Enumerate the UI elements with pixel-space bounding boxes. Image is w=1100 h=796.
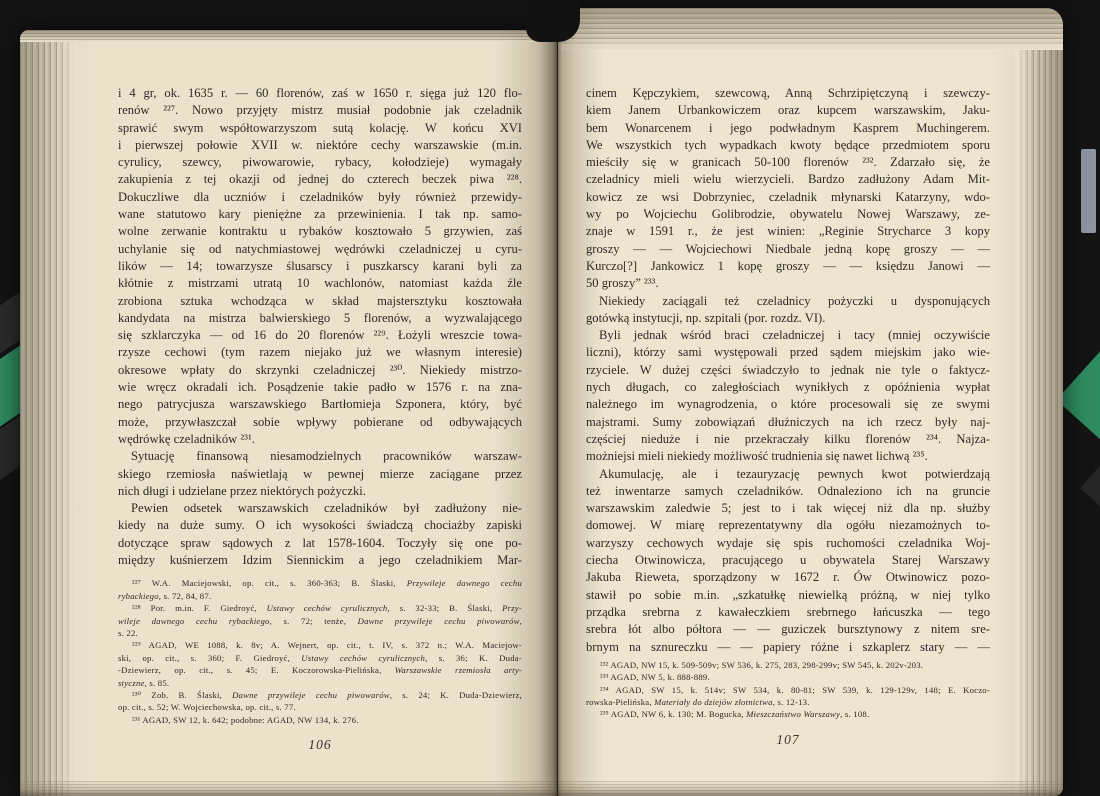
text-line: i 4 gr, ok. 1635 r. — 60 florenów, zaś w… xyxy=(118,85,522,102)
footnote: ²³¹ AGAD, SW 12, k. 642; podobne: AGAD, … xyxy=(118,714,522,726)
footnote: ²²⁷ W.A. Maciejowski, op. cit., s. 360-3… xyxy=(118,577,522,602)
text-line: może, przywłaszczał sobie wpływy pobiera… xyxy=(118,414,522,431)
page-edge-stack-bottom-left xyxy=(20,781,557,796)
text-line: groszy — — Wojciechowi Niedbale jedną ko… xyxy=(586,241,990,258)
text-line: ²²⁷ W.A. Maciejowski, op. cit., s. 360-3… xyxy=(118,577,522,589)
footnote: ²³⁵ AGAD, NW 6, k. 130; M. Bogucka, Mies… xyxy=(586,708,990,720)
text-line: brnym na sznureczku — — papiery różne i … xyxy=(586,639,990,656)
text-line: sprawić swym współtowarzyszom sutą kolac… xyxy=(118,120,522,137)
page-edge-stack-right xyxy=(1015,8,1063,796)
text-line: ²³⁰ Zob. B. Ślaski, Dawne przywileje cec… xyxy=(118,689,522,701)
body-paragraph: Sytuację finansową niesamodzielnych prac… xyxy=(118,448,522,500)
text-line: i pierwszej połowie XVII w. niektóre cec… xyxy=(118,137,522,154)
text-line: ²²⁸ Por. m.in. F. Giedroyć, Ustawy cechó… xyxy=(118,602,522,614)
page-edge-stack-top-right xyxy=(558,8,1063,50)
text-line: renów ²²⁷. Nowo przyjęty mistrz musiał p… xyxy=(118,102,522,119)
text-line: prządka srebrna z kawałeczkiem srebrnego… xyxy=(586,604,990,621)
text-line: mieściły się w granicach 50-100 florenów… xyxy=(586,154,990,171)
text-line: We wszystkich tych wypadkach kwoty będąc… xyxy=(586,137,990,154)
text-line: ciecha Otwinowicza, pracującego u obywat… xyxy=(586,552,990,569)
book-spine-crease xyxy=(553,26,562,796)
text-line: zrobiona sztuka wchodząca w skład majste… xyxy=(118,293,522,310)
page-number-right: 107 xyxy=(586,732,990,748)
text-line: -Dziewierz, op. cit., s. 45; E. Koczorow… xyxy=(118,664,522,676)
text-line: cinem Kępczykiem, szewcową, Anną Schrzip… xyxy=(586,85,990,102)
text-line: między kuśnierzem Idzim Siennickim a jeg… xyxy=(118,552,522,569)
left-page: i 4 gr, ok. 1635 r. — 60 florenów, zaś w… xyxy=(20,30,557,796)
text-line: kandydata na mistrza balwierskiego 5 flo… xyxy=(118,310,522,327)
text-line: wolne zerwanie kontraktu u rybaków koszt… xyxy=(118,223,522,240)
text-line: warzyszy cechowych wydaje się spis rucho… xyxy=(586,535,990,552)
text-line: Kurczo[?] Jankowicz 1 kopę groszy — — ks… xyxy=(586,258,990,275)
text-line: wy po Wojciechu Golibrodzie, obywatelu N… xyxy=(586,206,990,223)
text-line: majstrami. Sumy zobowiązań dłużniczych n… xyxy=(586,414,990,431)
text-line: rzyciele. W dużej części świadczyło to j… xyxy=(586,362,990,379)
page-number-left: 106 xyxy=(118,737,522,753)
text-line: Akumulację, ale i tezauryzację pewnych k… xyxy=(586,466,990,483)
footnote: ²³⁰ Zob. B. Ślaski, Dawne przywileje cec… xyxy=(118,689,522,714)
text-line: okresowe wpłaty do skrzynki czeladniczej… xyxy=(118,362,522,379)
body-paragraph: Byli jednak wśród braci czeladniczej i t… xyxy=(586,327,990,465)
text-line: też inwentarze samych czeladników. Odnal… xyxy=(586,483,990,500)
text-line: liczni), którzy sami występowali przed s… xyxy=(586,344,990,361)
text-line: wane statutowo kary pieniężne za przewin… xyxy=(118,206,522,223)
page-edge-stack-bottom-right xyxy=(558,781,1063,796)
text-line: Sytuację finansową niesamodzielnych prac… xyxy=(118,448,522,465)
text-line: cyrulicy, szewcy, piwowarowie, rybacy, k… xyxy=(118,154,522,171)
footnote: ²³² AGAD, NW 15, k. 509-509v; SW 536, k.… xyxy=(586,659,990,671)
text-line: ²³³ AGAD, NW 5, k. 888-889. xyxy=(586,671,990,683)
text-line: 50 groszy” ²³³. xyxy=(586,275,990,292)
text-line: znaje w 1591 r., że jest winien: „Regini… xyxy=(586,223,990,240)
text-line: wędrówkę czeladników ²³¹. xyxy=(118,431,522,448)
left-page-text: i 4 gr, ok. 1635 r. — 60 florenów, zaś w… xyxy=(118,85,522,753)
body-paragraph: cinem Kępczykiem, szewcową, Anną Schrzip… xyxy=(586,85,990,293)
text-line: nich długi i udzielane przez niektórych … xyxy=(118,483,522,500)
text-line: nego patrycjusza warszawskiego Bartłomie… xyxy=(118,396,522,413)
text-line: możniejsi mieli niekiedy możliwość trudn… xyxy=(586,448,990,465)
page-edge-stack-top-left xyxy=(20,30,557,42)
open-book: i 4 gr, ok. 1635 r. — 60 florenów, zaś w… xyxy=(0,0,1100,796)
footnote: ²²⁹ AGAD, WE 1088, k. 8v; A. Wejnert, op… xyxy=(118,639,522,689)
text-line: uchylanie się od natychmiastowej wędrówk… xyxy=(118,241,522,258)
text-line: s. 22. xyxy=(118,627,522,639)
text-line: Dokuczliwe dla uczniów i czeladników był… xyxy=(118,189,522,206)
footnotes-left: ²²⁷ W.A. Maciejowski, op. cit., s. 360-3… xyxy=(118,577,522,726)
text-line: Jakuba Rieweta, sporządzony w 1672 r. Ów… xyxy=(586,569,990,586)
text-line: skiego rzemiosła naświetlają w pewnej mi… xyxy=(118,466,522,483)
text-line: gotówką instytucji, np. szpitali (por. r… xyxy=(586,310,990,327)
body-paragraph: Niekiedy zaciągali też czeladnicy pożycz… xyxy=(586,293,990,328)
text-line: wileje dawnego cechu rybackiego, s. 72; … xyxy=(118,615,522,627)
text-line: ²³² AGAD, NW 15, k. 509-509v; SW 536, k.… xyxy=(586,659,990,671)
text-line: styczne, s. 85. xyxy=(118,677,522,689)
book-photo-scene: i 4 gr, ok. 1635 r. — 60 florenów, zaś w… xyxy=(0,0,1100,796)
spine-top-notch xyxy=(526,0,580,42)
text-line: ²²⁹ AGAD, WE 1088, k. 8v; A. Wejnert, op… xyxy=(118,639,522,651)
text-line: wie wręcz okradali ich. Posądzenie takie… xyxy=(118,379,522,396)
text-line: się szklarczyka — od 16 do 20 florenów ²… xyxy=(118,327,522,344)
page-edge-stack-left xyxy=(20,30,76,796)
body-paragraph: Akumulację, ale i tezauryzację pewnych k… xyxy=(586,466,990,656)
text-line: stawił po sobie m.in. „szkatułkę niewiel… xyxy=(586,587,990,604)
text-line: warszawskim zaledwie 5; jest to i tak wi… xyxy=(586,500,990,517)
right-page-text: cinem Kępczykiem, szewcową, Anną Schrzip… xyxy=(586,85,990,748)
text-line: Byli jednak wśród braci czeladniczej i t… xyxy=(586,327,990,344)
text-line: srebra łót albo półtora — — guziczek bur… xyxy=(586,621,990,638)
text-line: ski, op. cit., s. 360; F. Giedroyć, Usta… xyxy=(118,652,522,664)
text-line: lików — 14; towarzysze ślusarscy i puszk… xyxy=(118,258,522,275)
text-line: zakupienia z tej okazji od jednej do czt… xyxy=(118,171,522,188)
text-line: rowska-Pielińska, Materiały do dziejów z… xyxy=(586,696,990,708)
footnotes-right: ²³² AGAD, NW 15, k. 509-509v; SW 536, k.… xyxy=(586,659,990,721)
text-line: op. cit., s. 52; W. Wojciechowska, op. c… xyxy=(118,701,522,713)
text-line: bem Wonarcenem i jego podwładnym Kasprem… xyxy=(586,120,990,137)
text-line: rybackiego, s. 72, 84, 87. xyxy=(118,590,522,602)
body-paragraph: i 4 gr, ok. 1635 r. — 60 florenów, zaś w… xyxy=(118,85,522,448)
text-line: nych długach, co zaległościach wynikłych… xyxy=(586,379,990,396)
text-line: należnego im wynagrodzenia, o które proc… xyxy=(586,396,990,413)
footnote: ²³⁴ AGAD, SW 15, k. 514v; SW 534, k. 80-… xyxy=(586,684,990,709)
text-line: rzysze cechowi (tym razem niejako już we… xyxy=(118,344,522,361)
right-page: cinem Kępczykiem, szewcową, Anną Schrzip… xyxy=(558,8,1063,796)
text-line: ²³⁴ AGAD, SW 15, k. 514v; SW 534, k. 80-… xyxy=(586,684,990,696)
text-line: Niekiedy zaciągali też czeladnicy pożycz… xyxy=(586,293,990,310)
text-line: kowicz ze wsi Dobrzyniec, czeladnik młyn… xyxy=(586,189,990,206)
text-line: dotyczące spraw sądowych z lat 1578-1604… xyxy=(118,535,522,552)
text-line: ²³⁵ AGAD, NW 6, k. 130; M. Bogucka, Mies… xyxy=(586,708,990,720)
text-line: częściej nieduże i nie przekraczały kilk… xyxy=(586,431,990,448)
text-line: kiedy na duże sumy. O ich wysokości świa… xyxy=(118,517,522,534)
text-line: ²³¹ AGAD, SW 12, k. 642; podobne: AGAD, … xyxy=(118,714,522,726)
text-line: domowej. W miarę reprezentatywny dla ogó… xyxy=(586,517,990,534)
footnote: ²²⁸ Por. m.in. F. Giedroyć, Ustawy cechó… xyxy=(118,602,522,639)
text-line: kiem Janem Urbankowiczem oraz kupcem war… xyxy=(586,102,990,119)
text-line: kłótnie z mistrzami utratą 10 wachlonów,… xyxy=(118,275,522,292)
footnote: ²³³ AGAD, NW 5, k. 888-889. xyxy=(586,671,990,683)
text-line: Pewien odsetek warszawskich czeladników … xyxy=(118,500,522,517)
body-paragraph: Pewien odsetek warszawskich czeladników … xyxy=(118,500,522,569)
text-line: czeladnicy mieli wielu wierzycieli. Bard… xyxy=(586,171,990,188)
